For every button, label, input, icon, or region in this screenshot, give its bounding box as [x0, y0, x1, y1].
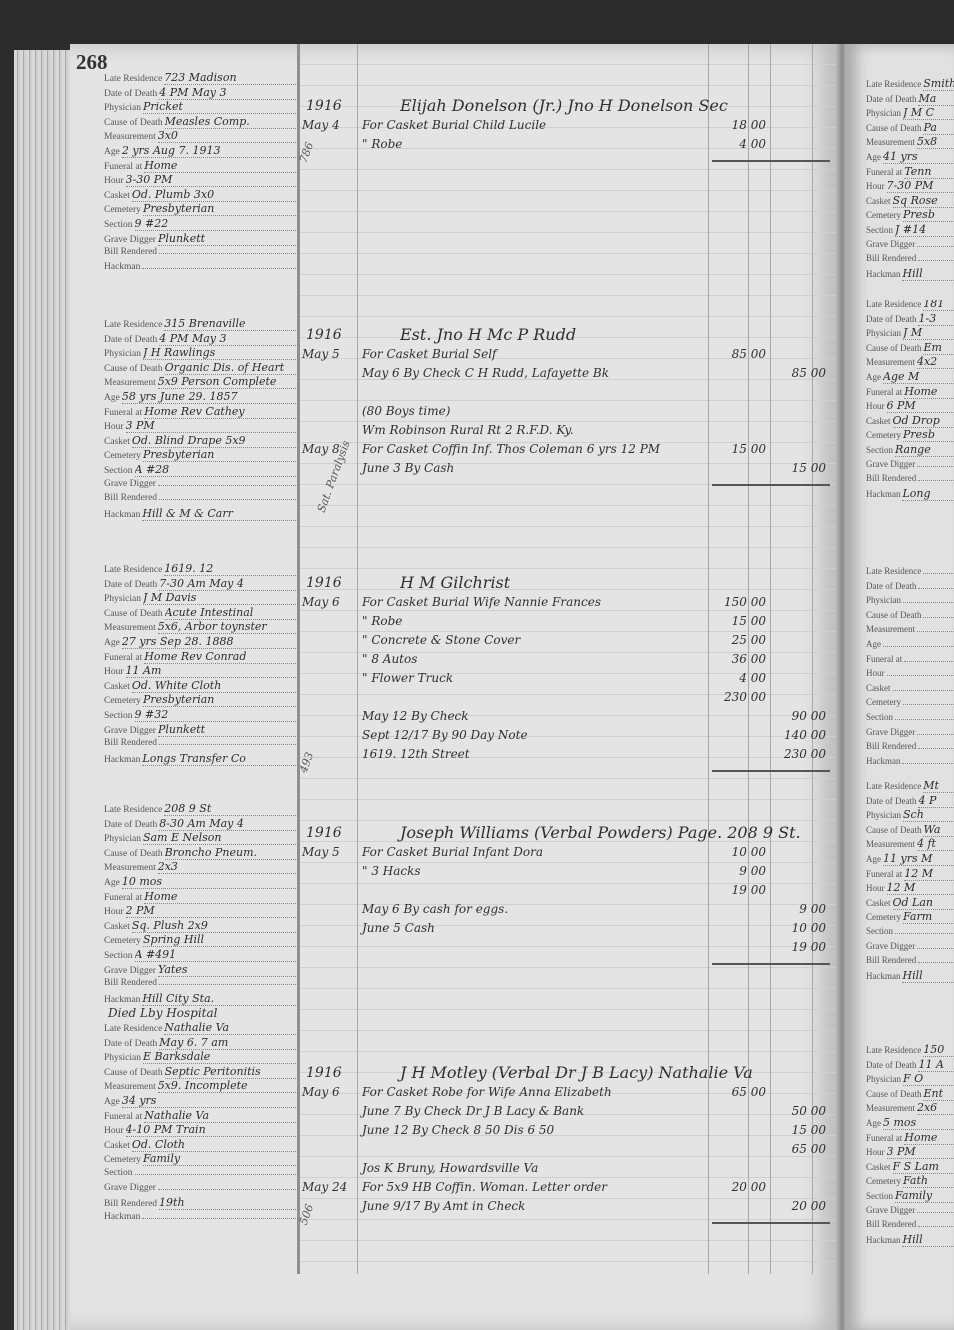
- field-label: Physician: [866, 810, 901, 820]
- field-value: Nathalie Va: [144, 1110, 300, 1123]
- field-label: Date of Death: [866, 796, 916, 806]
- ledger-line: 65 00: [300, 1142, 836, 1161]
- record-field: Grave Digger: [104, 1183, 300, 1198]
- record-field: CasketF S Lam: [866, 1161, 954, 1176]
- record-field: Bill Rendered: [104, 247, 300, 262]
- line-date: May 4: [302, 118, 357, 132]
- record-field: SectionA #491: [104, 949, 300, 964]
- field-label: Physician: [104, 349, 141, 359]
- record-field: Hackman: [866, 756, 954, 771]
- line-description: For Casket Burial Infant Dora: [362, 845, 543, 859]
- field-label: Age: [104, 638, 120, 648]
- field-label: Casket: [104, 682, 130, 692]
- field-value: [895, 719, 954, 720]
- field-value: Acute Intestinal: [165, 607, 300, 620]
- credit-amount: 10 00: [770, 921, 826, 935]
- field-label: Date of Death: [866, 1060, 916, 1070]
- field-value: Nathalie Va: [164, 1022, 300, 1035]
- field-value: 3 PM: [126, 420, 300, 433]
- field-value: Long: [902, 488, 954, 501]
- record-field: Measurement5x6, Arbor toynster: [104, 621, 300, 636]
- field-value: Broncho Pneum.: [165, 847, 300, 860]
- field-label: Late Residence: [104, 565, 162, 575]
- field-label: Section: [866, 1191, 893, 1201]
- field-label: Funeral at: [866, 869, 902, 879]
- field-value: [918, 1226, 954, 1227]
- field-label: Funeral at: [104, 1112, 142, 1122]
- entry-year: 1916: [306, 575, 342, 591]
- field-label: Cemetery: [866, 430, 901, 440]
- field-value: 1-3: [918, 313, 954, 326]
- field-label: Section: [866, 225, 893, 235]
- field-label: Physician: [104, 1053, 141, 1063]
- field-label: Hackman: [866, 971, 900, 981]
- field-value: 12 M: [904, 868, 954, 881]
- field-label: Late Residence: [866, 781, 921, 791]
- credit-amount: 140 00: [770, 728, 826, 742]
- field-value: 4 ft: [917, 838, 954, 851]
- field-label: Funeral at: [866, 387, 902, 397]
- record-field: Funeral atHome Rev Cathey: [104, 406, 300, 421]
- line-date: May 5: [302, 845, 357, 859]
- field-label: Bill Rendered: [866, 741, 916, 751]
- field-label: Cemetery: [866, 1176, 901, 1186]
- credit-amount: 65 00: [770, 1142, 826, 1156]
- record-field: Grave DiggerYates: [104, 964, 300, 979]
- field-value: 12 M: [887, 882, 954, 895]
- record-field: Hour4-10 PM Train: [104, 1124, 300, 1139]
- ledger-line: May 6For Casket Robe for Wife Anna Eliza…: [300, 1085, 836, 1104]
- credit-amount: 19 00: [770, 940, 826, 954]
- record-field: Late ResidenceNathalie Va: [104, 1022, 300, 1037]
- field-value: [159, 499, 300, 500]
- field-label: Measurement: [104, 132, 156, 142]
- field-label: Cemetery: [104, 936, 141, 946]
- field-value: 315 Brenaville: [164, 318, 300, 331]
- field-value: 5 mos: [883, 1117, 954, 1130]
- field-label: Bill Rendered: [104, 247, 157, 257]
- line-description: May 12 By Check: [362, 709, 469, 723]
- record-field: Date of DeathMa: [866, 93, 954, 108]
- line-description: " Robe: [362, 137, 402, 151]
- field-label: Casket: [104, 191, 130, 201]
- record-field: Section9 #32: [104, 709, 300, 724]
- account-entry: 1916J H Motley (Verbal Dr J B Lacy) Nath…: [300, 1063, 836, 1218]
- record-field: Funeral at: [866, 654, 954, 669]
- ledger-line: May 4For Casket Burial Child Lucile18 00: [300, 118, 836, 137]
- field-label: Cemetery: [104, 1155, 141, 1165]
- record-field: PhysicianJ H Rawlings: [104, 347, 300, 362]
- record-field: PhysicianPricket: [104, 101, 300, 116]
- record-field: CemeteryPresb: [866, 429, 954, 444]
- field-value: 6 PM: [887, 400, 954, 413]
- field-label: Measurement: [866, 137, 915, 147]
- record-field: CemeteryFath: [866, 1175, 954, 1190]
- field-label: Casket: [104, 922, 130, 932]
- field-value: 4 P: [918, 795, 954, 808]
- field-value: 19th: [159, 1197, 300, 1210]
- record-field: Funeral atNathalie Va: [104, 1110, 300, 1125]
- field-value: Sq. Plush 2x9: [132, 920, 300, 933]
- field-value: 5x9. Incomplete: [158, 1080, 300, 1093]
- field-value: [918, 962, 954, 963]
- record-field: CasketOd. White Cloth: [104, 680, 300, 695]
- field-label: Casket: [104, 1141, 130, 1151]
- record-field: CasketOd. Blind Drape 5x9: [104, 435, 300, 450]
- field-value: [904, 661, 954, 662]
- field-value: Septic Peritonitis: [165, 1066, 300, 1079]
- field-label: Bill Rendered: [866, 955, 916, 965]
- field-label: Grave Digger: [866, 239, 915, 249]
- field-value: [887, 675, 954, 676]
- record-field: CemeteryPresb: [866, 209, 954, 224]
- field-value: [917, 466, 954, 467]
- record-field: Grave Digger: [866, 727, 954, 742]
- record-field: Late Residence150: [866, 1044, 954, 1059]
- record-field: Hour11 Am: [104, 665, 300, 680]
- record-field: Cause of DeathPa: [866, 122, 954, 137]
- record-field: Date of Death7-30 Am May 4: [104, 578, 300, 593]
- field-label: Section: [104, 466, 133, 476]
- field-value: Home: [904, 386, 954, 399]
- field-label: Hackman: [104, 262, 140, 272]
- ledger-line: " Robe4 00: [300, 137, 836, 156]
- entry-header: 1916Joseph Williams (Verbal Powders) Pag…: [300, 823, 836, 845]
- field-value: Hill & M & Carr: [142, 508, 300, 521]
- field-label: Cause of Death: [104, 118, 163, 128]
- ledger-line: Jos K Bruny, Howardsville Va: [300, 1161, 836, 1180]
- ledger-line: May 5For Casket Burial Self85 00: [300, 347, 836, 366]
- ledger-line: Wm Robinson Rural Rt 2 R.F.D. Ky.: [300, 423, 836, 442]
- entry-header: 1916Est. Jno H Mc P Rudd: [300, 325, 836, 347]
- field-label: Hackman: [866, 489, 900, 499]
- record-field: Age10 mos: [104, 876, 300, 891]
- record-field: HackmanLongs Transfer Co: [104, 753, 300, 768]
- field-value: 7-30 PM: [887, 180, 954, 193]
- burial-record-card: Died Lby HospitalLate ResidenceNathalie …: [104, 1024, 300, 1226]
- line-date: May 6: [302, 595, 357, 609]
- record-field: Late Residence208 9 St: [104, 803, 300, 818]
- field-value: Sq Rose: [893, 195, 954, 208]
- line-description: " 3 Hacks: [362, 864, 421, 878]
- field-value: [893, 690, 954, 691]
- field-value: [923, 573, 954, 574]
- debit-amount: 10 00: [708, 845, 766, 859]
- field-label: Age: [866, 372, 881, 382]
- line-description: For Casket Coffin Inf. Thos Coleman 6 yr…: [362, 442, 660, 456]
- field-value: Od Lan: [893, 897, 954, 910]
- field-label: Bill Rendered: [104, 1199, 157, 1209]
- field-value: Sam E Nelson: [143, 832, 300, 845]
- record-field: CemeteryPresbyterian: [104, 694, 300, 709]
- line-description: June 12 By Check 8 50 Dis 6 50: [362, 1123, 554, 1137]
- field-value: [917, 734, 954, 735]
- record-field: Age58 yrs June 29. 1857: [104, 391, 300, 406]
- record-field: Date of DeathMay 6. 7 am: [104, 1037, 300, 1052]
- record-field: Bill Rendered: [866, 955, 954, 970]
- ledger-line: May 6 By cash for eggs.9 00: [300, 902, 836, 921]
- ledger-line: " Flower Truck4 00: [300, 671, 836, 690]
- field-value: 4 PM May 3: [159, 87, 300, 100]
- field-label: Measurement: [104, 863, 156, 873]
- field-value: 27 yrs Sep 28. 1888: [122, 636, 300, 649]
- record-field: SectionA #28: [104, 464, 300, 479]
- field-label: Age: [104, 393, 120, 403]
- field-value: Range: [895, 444, 954, 457]
- field-value: Presbyterian: [143, 449, 300, 462]
- field-value: Presb: [903, 209, 954, 222]
- field-label: Grave Digger: [104, 726, 156, 736]
- field-label: Grave Digger: [866, 1205, 915, 1215]
- field-label: Late Residence: [104, 320, 162, 330]
- debit-amount: 15 00: [708, 442, 766, 456]
- record-field: Date of Death4 PM May 3: [104, 87, 300, 102]
- burial-record-card: Late Residence208 9 StDate of Death8-30 …: [104, 803, 300, 1007]
- record-field: Casket: [866, 683, 954, 698]
- entry-year: 1916: [306, 1065, 342, 1081]
- field-value: Sch: [903, 809, 954, 822]
- field-label: Date of Death: [104, 820, 157, 830]
- record-field: Measurement4x2: [866, 356, 954, 371]
- record-field: Cause of DeathMeasles Comp.: [104, 116, 300, 131]
- debit-amount: 230 00: [708, 690, 766, 704]
- field-label: Funeral at: [866, 1133, 902, 1143]
- field-value: Longs Transfer Co: [142, 753, 300, 766]
- total-rule: [712, 1222, 830, 1224]
- field-label: Grave Digger: [104, 1183, 156, 1193]
- field-label: Hackman: [104, 1212, 140, 1222]
- field-value: 5x8: [917, 136, 954, 149]
- field-label: Date of Death: [104, 580, 157, 590]
- record-field: Hour3-30 PM: [104, 174, 300, 189]
- record-field: CemeteryPresbyterian: [104, 203, 300, 218]
- line-description: Sept 12/17 By 90 Day Note: [362, 728, 528, 742]
- field-label: Cause of Death: [104, 609, 163, 619]
- ledger-line: June 5 Cash10 00: [300, 921, 836, 940]
- record-field: Bill Rendered: [866, 1219, 954, 1234]
- field-label: Hackman: [104, 510, 140, 520]
- field-value: 2 yrs Aug 7. 1913: [122, 145, 300, 158]
- record-field: Measurement2x3: [104, 861, 300, 876]
- field-value: Home: [904, 1132, 954, 1145]
- field-label: Hour: [866, 1147, 885, 1157]
- field-label: Date of Death: [866, 314, 916, 324]
- record-field: Bill Rendered: [866, 741, 954, 756]
- record-field: Hour3 PM: [104, 420, 300, 435]
- field-value: Hill: [902, 268, 954, 281]
- record-field: Grave Digger: [104, 479, 300, 494]
- record-field: Hour12 M: [866, 882, 954, 897]
- record-field: Measurement5x9. Incomplete: [104, 1080, 300, 1095]
- record-field: HackmanHill: [866, 1234, 954, 1249]
- field-value: Em: [923, 342, 954, 355]
- record-field: Bill Rendered: [866, 473, 954, 488]
- field-value: 3-30 PM: [126, 174, 300, 187]
- field-value: 150: [923, 1044, 954, 1057]
- record-field: Bill Rendered19th: [104, 1197, 300, 1212]
- ledger-line: 230 00: [300, 690, 836, 709]
- record-field: Measurement: [866, 624, 954, 639]
- field-value: 9 #32: [135, 709, 301, 722]
- field-value: May 6. 7 am: [159, 1037, 300, 1050]
- field-label: Measurement: [104, 378, 156, 388]
- field-value: 2x3: [158, 861, 300, 874]
- field-value: Smith: [923, 78, 954, 91]
- debit-amount: 4 00: [708, 137, 766, 151]
- ledger-line: Sept 12/17 By 90 Day Note140 00: [300, 728, 836, 747]
- record-field: Section9 #22: [104, 218, 300, 233]
- field-value: 5x9 Person Complete: [158, 376, 300, 389]
- field-value: Plunkett: [158, 724, 300, 737]
- field-label: Casket: [866, 196, 891, 206]
- field-label: Cause of Death: [866, 123, 921, 133]
- record-field: AgeAge M: [866, 371, 954, 386]
- record-field: Bill Rendered: [104, 738, 300, 753]
- record-field: Measurement5x8: [866, 136, 954, 151]
- ledger-line: May 24For 5x9 HB Coffin. Woman. Letter o…: [300, 1180, 836, 1199]
- record-field: Date of Death8-30 Am May 4: [104, 818, 300, 833]
- field-value: Home: [144, 160, 300, 173]
- record-field: Late Residence1619. 12: [104, 563, 300, 578]
- entry-header: 1916H M Gilchrist: [300, 573, 836, 595]
- debit-amount: 36 00: [708, 652, 766, 666]
- field-label: Grave Digger: [866, 941, 915, 951]
- field-value: J M Davis: [143, 592, 300, 605]
- record-field: Hackman: [104, 1212, 300, 1227]
- field-label: Cause of Death: [104, 1068, 163, 1078]
- field-value: 9 #22: [135, 218, 301, 231]
- field-label: Measurement: [866, 1103, 915, 1113]
- record-field: Funeral atHome: [104, 891, 300, 906]
- field-label: Late Residence: [866, 300, 921, 309]
- field-value: 5x6, Arbor toynster: [158, 621, 300, 634]
- ledger-line: 19 00: [300, 940, 836, 959]
- debit-amount: 25 00: [708, 633, 766, 647]
- field-value: Pricket: [143, 101, 300, 114]
- debit-amount: 19 00: [708, 883, 766, 897]
- field-label: Funeral at: [104, 653, 142, 663]
- field-value: [158, 1189, 300, 1190]
- field-value: [159, 984, 300, 985]
- record-field: Age11 yrs M: [866, 853, 954, 868]
- record-field: CemeteryFamily: [104, 1153, 300, 1168]
- field-label: Cemetery: [866, 697, 901, 707]
- field-label: Hour: [866, 668, 885, 678]
- field-label: Age: [104, 878, 120, 888]
- field-label: Age: [866, 639, 881, 649]
- debit-amount: 85 00: [708, 347, 766, 361]
- field-label: Hour: [866, 883, 885, 893]
- record-field: Measurement3x0: [104, 130, 300, 145]
- field-label: Physician: [104, 103, 141, 113]
- ledger-line: " 3 Hacks9 00: [300, 864, 836, 883]
- field-value: 41 yrs: [883, 151, 954, 164]
- record-field: Cemetery: [866, 697, 954, 712]
- line-description: " Robe: [362, 614, 402, 628]
- record-field: Hour2 PM: [104, 905, 300, 920]
- field-value: Pa: [923, 122, 954, 135]
- debit-amount: 9 00: [708, 864, 766, 878]
- account-name: Est. Jno H Mc P Rudd: [400, 325, 576, 344]
- field-value: Home Rev Conrad: [144, 651, 300, 664]
- field-value: J M C: [903, 107, 954, 120]
- entry-year: 1916: [306, 98, 342, 114]
- field-label: Date of Death: [104, 89, 157, 99]
- account-entry: 1916Joseph Williams (Verbal Powders) Pag…: [300, 823, 836, 959]
- burial-record-card: Late Residence1619. 12Date of Death7-30 …: [104, 563, 300, 767]
- field-label: Funeral at: [104, 893, 142, 903]
- record-field: PhysicianE Barksdale: [104, 1051, 300, 1066]
- record-field: CasketOd. Cloth: [104, 1139, 300, 1154]
- account-name: Elijah Donelson (Jr.) Jno H Donelson Sec: [400, 96, 728, 115]
- field-value: 4-10 PM Train: [126, 1124, 300, 1137]
- record-field: PhysicianJ M: [866, 327, 954, 342]
- line-description: For Casket Burial Child Lucile: [362, 118, 546, 132]
- field-label: Casket: [866, 898, 891, 908]
- line-description: May 6 By Check C H Rudd, Lafayette Bk: [362, 366, 609, 380]
- record-field: HackmanHill: [866, 970, 954, 985]
- field-value: 723 Madison: [164, 72, 300, 85]
- field-value: Measles Comp.: [165, 116, 300, 129]
- field-value: 181: [923, 300, 954, 311]
- field-label: Section: [104, 1168, 133, 1178]
- record-field: Grave Digger: [866, 239, 954, 254]
- record-field: PhysicianSam E Nelson: [104, 832, 300, 847]
- debit-amount: 18 00: [708, 118, 766, 132]
- field-label: Late Residence: [104, 805, 162, 815]
- field-value: [158, 485, 300, 486]
- debit-amount: 65 00: [708, 1085, 766, 1099]
- record-field: HackmanHill & M & Carr: [104, 508, 300, 523]
- field-value: 34 yrs: [122, 1095, 300, 1108]
- field-value: Home Rev Cathey: [144, 406, 300, 419]
- field-value: F O: [903, 1073, 954, 1086]
- field-value: [142, 1218, 300, 1219]
- record-field: Late Residence181: [866, 300, 954, 313]
- field-value: Od. Plumb 3x0: [132, 189, 300, 202]
- field-value: 3 PM: [887, 1146, 954, 1159]
- ledger-line: 1619. 12th Street230 00: [300, 747, 836, 766]
- line-description: May 6 By cash for eggs.: [362, 902, 508, 916]
- field-label: Section: [104, 220, 133, 230]
- line-description: For Casket Burial Wife Nannie Frances: [362, 595, 601, 609]
- line-description: 1619. 12th Street: [362, 747, 470, 761]
- total-rule: [712, 963, 830, 965]
- ledger-line: May 8For Casket Coffin Inf. Thos Coleman…: [300, 442, 836, 461]
- record-field: PhysicianJ M C: [866, 107, 954, 122]
- record-field: CasketSq Rose: [866, 195, 954, 210]
- burial-record-card: Late ResidenceDate of DeathPhysicianCaus…: [866, 566, 954, 770]
- record-field: Cause of Death: [866, 610, 954, 625]
- field-label: Funeral at: [104, 162, 142, 172]
- line-description: Wm Robinson Rural Rt 2 R.F.D. Ky.: [362, 423, 574, 437]
- record-field: Age5 mos: [866, 1117, 954, 1132]
- ledger-line: " Robe15 00: [300, 614, 836, 633]
- record-field: Funeral atHome Rev Conrad: [104, 651, 300, 666]
- record-field: Late ResidenceMt: [866, 780, 954, 795]
- field-value: Od Drop: [893, 415, 954, 428]
- ledger-line: June 7 By Check Dr J B Lacy & Bank50 00: [300, 1104, 836, 1123]
- record-field: CasketOd Drop: [866, 415, 954, 430]
- record-field: Grave Digger: [866, 459, 954, 474]
- total-rule: [712, 160, 830, 162]
- field-value: [917, 948, 954, 949]
- field-value: [918, 480, 954, 481]
- line-description: (80 Boys time): [362, 404, 450, 418]
- field-value: A #28: [135, 464, 301, 477]
- field-label: Bill Rendered: [866, 473, 916, 483]
- field-value: Family: [143, 1153, 300, 1166]
